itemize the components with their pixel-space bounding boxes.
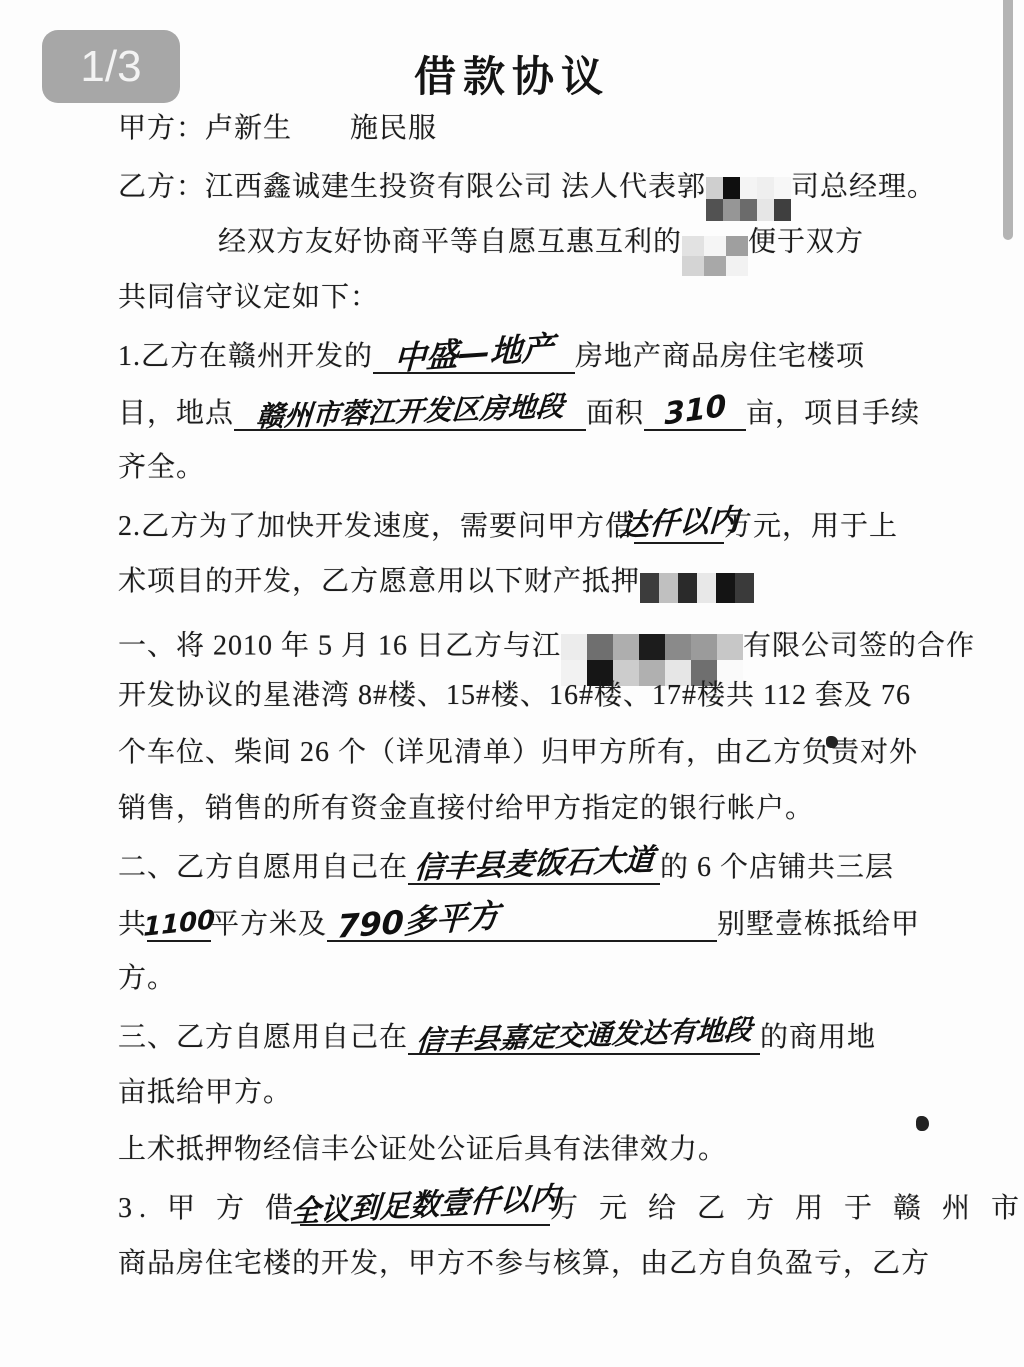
handwritten-text: 信丰县麦饭石大道 [413,846,655,884]
redaction-mosaic [682,236,748,276]
handwritten-text: 790多平方 [337,899,501,943]
document-line: 开发协议的星港湾 8#楼、15#楼、16#楼、17#楼共 112 套及 76 [118,679,911,713]
fill-in-blank: 310 [644,395,746,431]
document-line: 上术抵押物经信丰公证处公证后具有法律效力。 [118,1133,727,1167]
printed-text: 二、乙方自愿用自己在 [118,852,408,883]
printed-text: 便于双方 [748,226,864,257]
printed-text: 个车位、柴间 26 个（详见清单）归甲方所有，由乙方负责对外 [118,737,918,768]
fill-in-blank: 790多平方 [327,906,717,942]
printed-text: 万 元 给 乙 方 用 于 赣 州 市 [550,1193,1024,1224]
printed-text: 甲方：卢新生 施民服 [118,113,437,144]
printed-text: 1.乙方在赣州开发的 [118,341,373,372]
printed-text: 方。 [118,963,176,994]
document-line: 齐全。 [118,451,205,485]
document-line: 亩抵给甲方。 [118,1076,292,1110]
printed-text: 经双方友好协商平等自愿互惠互利的 [218,226,682,257]
printed-text: 目，地点 [118,398,234,429]
scrollbar-thumb[interactable] [1003,0,1013,240]
document-line: 商品房住宅楼的开发，甲方不参与核算，由乙方自负盈亏，乙方 [118,1247,930,1281]
printed-text: 术项目的开发，乙方愿意用以下财产抵押 [118,566,640,597]
printed-text: 有限公司签的合作 [743,630,975,661]
handwritten-text: 中盛—地产 [394,331,555,374]
printed-text: 共同信守议定如下： [118,282,379,313]
printed-text: 亩，项目手续 [746,398,920,429]
fill-in-blank: 赣州市蓉江开发区房地段 [234,395,586,431]
document-line: 一、将 2010 年 5 月 16 日乙方与江有限公司签的合作 [118,622,975,674]
fill-in-blank: 达仟以内 [634,508,724,544]
printed-text: 亩抵给甲方。 [118,1077,292,1108]
printed-text: 上术抵押物经信丰公证处公证后具有法律效力。 [118,1134,727,1165]
fill-in-blank: 中盛—地产 [373,338,575,374]
handwritten-text: 赣州市蓉江开发区房地段 [255,393,565,432]
document-line: 二、乙方自愿用自己在信丰县麦饭石大道的 6 个店铺共三层 [118,849,894,885]
page-title: 借款协议 [0,44,1024,104]
document-line: 乙方：江西鑫诚建生投资有限公司 法人代表郭司总经理。 [118,167,936,211]
document-line: 2.乙方为了加快开发速度，需要问甲方借达仟以内万元，用于上 [118,508,898,544]
handwritten-text: 310 [663,392,726,431]
printed-text: 平方米及 [211,909,327,940]
printed-text: 别墅壹栋抵给甲 [717,909,920,940]
redaction-mosaic [640,573,754,603]
printed-text: 司总经理。 [791,171,936,202]
printed-text: 的商用地 [760,1022,876,1053]
document-line: 个车位、柴间 26 个（详见清单）归甲方所有，由乙方负责对外 [118,736,918,770]
document-line: 共同信守议定如下： [118,281,379,315]
fill-in-blank: 信丰县嘉定交通发达有地段 [408,1019,760,1055]
handwritten-text: 全议到足数壹仟以内 [289,1184,560,1228]
printed-text: 面积 [586,398,644,429]
handwritten-text: 1100 [143,907,215,941]
printed-text: 销售，销售的所有资金直接付给甲方指定的银行帐户。 [118,793,814,824]
document-viewer: 1/3 借款协议 甲方：卢新生 施民服乙方：江西鑫诚建生投资有限公司 法人代表郭… [0,0,1024,1367]
fill-in-blank: 全议到足数壹仟以内 [300,1190,550,1226]
document-line: 术项目的开发，乙方愿意用以下财产抵押 [118,565,754,599]
document-line: 三、乙方自愿用自己在信丰县嘉定交通发达有地段的商用地 [118,1019,876,1055]
printed-text: 万元，用于上 [724,511,898,542]
printed-text: 2.乙方为了加快开发速度，需要问甲方借 [118,511,634,542]
handwritten-text: 达仟以内 [618,506,739,542]
handwritten-text: 信丰县嘉定交通发达有地段 [415,1016,753,1056]
ink-speck [826,736,838,748]
document-line: 3. 甲 方 借全议到足数壹仟以内万 元 给 乙 方 用 于 赣 州 市 [118,1190,1024,1226]
printed-text: 三、乙方自愿用自己在 [118,1022,408,1053]
printed-text: 乙方：江西鑫诚建生投资有限公司 法人代表郭 [118,171,706,202]
printed-text: 3. 甲 方 借 [118,1193,300,1224]
fill-in-blank: 信丰县麦饭石大道 [408,849,660,885]
document-line: 1.乙方在赣州开发的中盛—地产房地产商品房住宅楼项 [118,338,865,374]
document-line: 共1100平方米及790多平方别墅壹栋抵给甲 [118,906,920,942]
printed-text: 房地产商品房住宅楼项 [575,341,865,372]
ink-speck [916,1116,929,1131]
printed-text: 的 6 个店铺共三层 [660,852,894,883]
document-line: 目，地点赣州市蓉江开发区房地段面积310亩，项目手续 [118,395,920,431]
document-line: 销售，销售的所有资金直接付给甲方指定的银行帐户。 [118,792,814,826]
document-line: 方。 [118,962,176,996]
printed-text: 开发协议的星港湾 8#楼、15#楼、16#楼、17#楼共 112 套及 76 [118,680,911,711]
printed-text: 一、将 2010 年 5 月 16 日乙方与江 [118,630,561,661]
printed-text: 齐全。 [118,452,205,483]
document-line: 甲方：卢新生 施民服 [118,112,437,146]
document-line: 经双方友好协商平等自愿互惠互利的便于双方 [218,224,864,264]
fill-in-blank: 1100 [147,906,211,942]
redaction-mosaic [706,177,791,221]
printed-text: 商品房住宅楼的开发，甲方不参与核算，由乙方自负盈亏，乙方 [118,1248,930,1279]
